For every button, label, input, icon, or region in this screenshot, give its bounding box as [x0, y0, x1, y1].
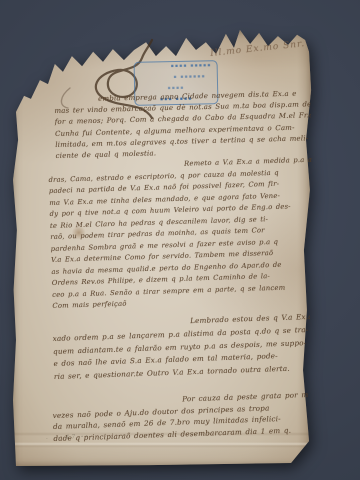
- text-line: ▪ ▪▪▪▪▪▪: [138, 74, 214, 81]
- manuscript-photo: Ill.mo Ex.mo Snr. ▪▪▪▪ ▪▪▪▪▪▪ ▪▪▪▪▪▪▪▪▪▪…: [0, 0, 360, 480]
- paragraph-3: Lembrado estou des q V.a Ex.a havia dei-…: [52, 311, 312, 384]
- paragraph-1: embia emprega anno Cidade navegem dis.ta…: [54, 88, 312, 162]
- paragraph-2: Remeto a V.a Ex.a a medida p.a as tres p…: [48, 155, 317, 313]
- paragraph-4: Por cauza da peste grata por m.tos dis-v…: [52, 389, 309, 444]
- text-line: ▪▪▪▪ ▪▪▪▪▪: [138, 63, 214, 70]
